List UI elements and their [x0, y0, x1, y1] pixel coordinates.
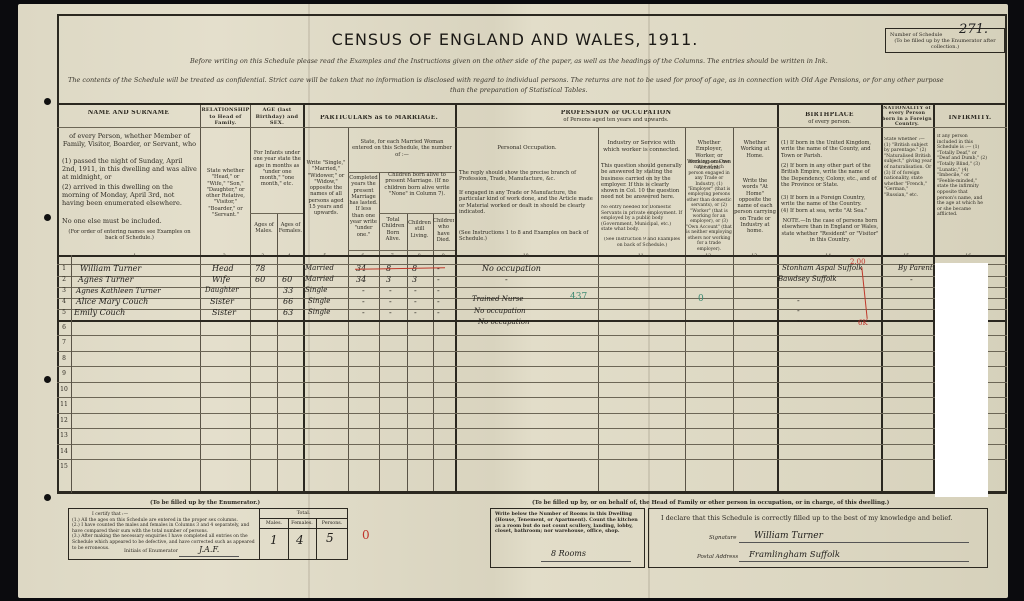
row-4-name: Alice Mary Couch	[76, 297, 148, 306]
enumerator-box: I certify that :— (1.) All the ages on t…	[68, 508, 348, 560]
row-3-age-female: 33	[283, 286, 293, 295]
total-females: 4	[296, 533, 304, 547]
header-name-desc-2: (1) passed the night of Sunday, April 2n…	[62, 157, 197, 181]
schedule-number: 271.	[959, 27, 988, 33]
header-occupation: PROFESSION or OCCUPATION	[456, 110, 776, 117]
row-number: 13	[58, 432, 70, 439]
colnum-16: 16.	[933, 254, 1005, 259]
header-marriage-children: Children born alive to present Marriage.…	[380, 172, 454, 197]
colnum-12: 12.	[685, 254, 733, 259]
row-3-years: -	[362, 286, 365, 295]
totals-divider	[260, 518, 347, 519]
row-line	[57, 366, 1007, 367]
colnum-13: 13.	[733, 254, 777, 259]
row-2-total-children: 3	[386, 275, 391, 284]
row-2-nationality: -	[910, 275, 913, 284]
col-divider	[777, 105, 779, 493]
rownum-divider	[71, 255, 72, 493]
colnum-4: 4.	[277, 254, 303, 259]
instruction-line-1: Before writing on this Schedule please r…	[190, 57, 828, 65]
instruction-line-3: than the preparation of Statistical Tabl…	[450, 86, 588, 94]
colnum-6: 6.	[348, 254, 379, 259]
row-3-name: Agnes Kathleen Turner	[76, 286, 161, 295]
row-5-condition: Single	[308, 308, 330, 316]
row-4-occupation: No occupation	[474, 307, 526, 315]
header-employer-desc: Write opposite the name of each person e…	[686, 160, 732, 252]
row-1-died-children: -	[437, 264, 440, 273]
row-number: 5	[58, 309, 70, 316]
initials-underline	[179, 556, 239, 557]
rooms-box: Write below the Number of Rooms in this …	[490, 508, 645, 568]
punch-hole	[44, 376, 51, 383]
header-marriage-state: State, for each Married Woman entered on…	[350, 139, 454, 158]
colnum-1: 1.	[71, 254, 200, 259]
row-2-died-children: -	[437, 275, 440, 284]
row-5-occupation: No occupation	[478, 318, 530, 326]
row-1-relationship: Head	[212, 264, 234, 273]
row-number: 9	[58, 370, 70, 377]
col-divider	[455, 105, 457, 493]
row-line	[57, 444, 1007, 445]
header-industry: Industry or Service with which worker is…	[600, 140, 683, 153]
header-birthplace-desc-4: (4) If born at sea, write "At Sea."	[781, 208, 879, 214]
row-number: 7	[58, 339, 70, 346]
row-1-condition: Married	[305, 264, 334, 272]
rooms-instructions: Write below the Number of Rooms in this …	[495, 512, 640, 535]
totals-box: Total. Males. Females. Persons. 1 4 5	[259, 509, 347, 559]
signature: William Turner	[754, 531, 823, 541]
row-1-occupation: No occupation	[482, 264, 541, 273]
colnum-11: 11.	[598, 254, 685, 259]
header-marriage-condition: Write "Single," "Married," "Widower," or…	[305, 160, 347, 217]
row-4-died-children: -	[437, 297, 440, 306]
row-number: 10	[58, 386, 70, 393]
row-1-name: William Turner	[80, 264, 141, 273]
declaration-text: I declare that this Schedule is correctl…	[661, 514, 952, 522]
row-3-total-children: -	[389, 286, 392, 295]
birthplace-code-top: 2.00	[850, 258, 866, 266]
header-birthplace-desc-1: (1) If born in the United Kingdom, write…	[781, 140, 879, 159]
header-marriage-died: Children who have Died.	[433, 218, 454, 243]
row-5-age-female: 63	[283, 308, 293, 317]
colnum-2: 2.	[200, 254, 250, 259]
enumerator-section-label: (To be filled up by the Enumerator.)	[150, 500, 260, 506]
header-name: NAME AND SURNAME	[57, 110, 200, 117]
row-3-birthplace: -	[797, 296, 800, 305]
header-divider	[379, 213, 455, 214]
row-5-relationship: Sister	[212, 308, 236, 317]
header-divider	[348, 250, 455, 251]
header-birthplace-desc-3: (3) If born in a Foreign Country, write …	[781, 195, 879, 208]
red-zero-mark: 0	[362, 528, 370, 542]
header-occupation-subtitle: of Persons aged ten years and upwards.	[456, 117, 776, 123]
header-birthplace: BIRTHPLACE	[778, 112, 881, 119]
row-number: 3	[58, 287, 70, 294]
header-name-desc-5: (For order of entering names see Example…	[62, 229, 197, 242]
row-line	[57, 413, 1007, 414]
rooms-count: 8 Rooms	[551, 551, 586, 557]
postal-address: Framlingham Suffolk	[749, 550, 840, 560]
header-birthplace-desc-2: (2) If born in any other part of the Bri…	[781, 163, 879, 188]
row-4-years: -	[362, 297, 365, 306]
occupier-section-label: (To be filled up by, or on behalf of, th…	[532, 500, 889, 506]
row-1-age-male: 78	[255, 264, 265, 273]
row-2-age-female: 60	[282, 275, 292, 284]
punch-hole	[44, 98, 51, 105]
row-2-occupation: -	[505, 275, 508, 284]
row-4-condition: Single	[308, 297, 330, 305]
colnum-3: 3.	[250, 254, 277, 259]
row-2-relationship: Wife	[212, 275, 230, 284]
colnum-10: 10.	[455, 254, 598, 259]
row-line	[57, 276, 1007, 277]
header-infirmity-desc: If any person included in this Schedule …	[937, 134, 987, 218]
header-name-desc-4: No one else must be included.	[62, 217, 197, 225]
row-2-condition: Married	[305, 275, 334, 283]
birthplace-code-bottom: 6K	[858, 319, 868, 327]
colnum-15: 15.	[881, 254, 933, 259]
row-4-total-children: -	[389, 297, 392, 306]
header-marriage-total: Total Children Born Alive.	[380, 217, 406, 242]
row-1-nationality: By Parent	[898, 264, 933, 272]
row-2-years: 34	[356, 275, 366, 284]
schedule-number-box: Number of Schedule (To be filled up by t…	[885, 28, 1005, 53]
header-nationality: NATIONALITY of every Person born in a Fo…	[882, 106, 932, 128]
instruction-line-2: The contents of the Schedule will be tre…	[68, 76, 944, 84]
address-underline	[739, 561, 969, 562]
header-age-females: Ages of Females.	[278, 222, 303, 235]
total-persons: 5	[326, 531, 334, 545]
row-number: 4	[58, 298, 70, 305]
row-5-name: Emily Couch	[74, 308, 125, 317]
row-4-birthplace: -	[797, 306, 800, 315]
header-divider	[57, 127, 303, 128]
row-2-name: Agnes Turner	[78, 275, 133, 284]
header-industry-desc-1: This question should generally be answer…	[601, 163, 683, 201]
males-label: Males.	[260, 521, 288, 526]
row-5-total-children: -	[389, 308, 392, 317]
enumerator-certification: I certify that :— (1.) All the ages on t…	[72, 512, 257, 551]
schedule-number-note: (To be filled up by the Enumerator after…	[890, 38, 1000, 50]
header-marriage-years: Completed years the present Marriage has…	[349, 175, 378, 238]
header-industry-desc-2: No entry needed for Domestic Servants in…	[601, 205, 683, 233]
punch-hole	[44, 494, 51, 501]
rooms-underline	[541, 561, 631, 562]
row-number: 11	[58, 401, 70, 408]
row-3-occupation: Trained Nurse	[472, 295, 524, 303]
header-name-desc-3: (2) arrived in this dwelling on the morn…	[62, 183, 197, 207]
row-5-living-children: -	[414, 308, 417, 317]
row-4-age-female: 66	[283, 297, 293, 306]
header-marriage-living: Children still Living.	[407, 220, 432, 239]
header-industry-desc-3: (See Instruction 9 and Examples on back …	[601, 237, 683, 248]
punch-hole	[44, 214, 51, 221]
row-2-birthplace: Bawdsey Suffolk	[778, 275, 837, 283]
header-personal-occupation: Personal Occupation.	[456, 145, 598, 152]
colnum-7: 7.	[379, 254, 407, 259]
initials-label: Initials of Enumerator	[124, 549, 178, 554]
row-number: 2	[58, 276, 70, 283]
header-personal-desc-2: If engaged in any Trade or Manufacture, …	[459, 190, 596, 215]
header-personal-desc-3: (See Instructions 1 to 8 and Examples on…	[459, 230, 596, 243]
signature-label: Signature	[709, 535, 737, 541]
row-5-years: -	[362, 308, 365, 317]
row-number: 15	[58, 463, 70, 470]
header-birthplace-note: NOTE.—In the case of persons born elsewh…	[781, 218, 879, 243]
col-divider	[200, 105, 201, 493]
colnum-9: 9.	[433, 254, 455, 259]
persons-label: Persons.	[316, 521, 348, 526]
row-line	[57, 382, 1007, 383]
row-2-age-male: 60	[255, 275, 265, 284]
declaration-box: I declare that this Schedule is correctl…	[648, 508, 988, 568]
row-3-living-children: -	[414, 286, 417, 295]
header-relationship-desc: State whether "Head," or "Wife," "Son," …	[202, 168, 249, 218]
row-5-died-children: -	[437, 308, 440, 317]
row-line	[57, 459, 1007, 460]
grid-bottom	[57, 491, 1007, 493]
postal-address-label: Postal Address	[697, 554, 738, 560]
header-nationality-desc: State whether :— (1) "British subject by…	[884, 137, 932, 199]
row-3-died-children: -	[437, 286, 440, 295]
industry-code: 437	[570, 292, 587, 302]
employer-code: 0	[698, 294, 704, 304]
header-personal-desc-1: The reply should show the precise branch…	[459, 170, 596, 183]
header-infirmity: INFIRMITY.	[935, 115, 1005, 122]
colnum-8: 8.	[407, 254, 433, 259]
header-age: AGE (last Birthday) and SEX.	[251, 107, 303, 127]
col-divider	[598, 127, 599, 493]
form-title: CENSUS OF ENGLAND AND WALES, 1911.	[300, 30, 730, 49]
row-line	[57, 309, 1007, 310]
row-2-living-children: 3	[412, 275, 417, 284]
header-age-males: Ages of Males.	[251, 222, 277, 235]
header-birthplace-subtitle: of every person.	[778, 119, 881, 125]
col-divider	[250, 105, 251, 493]
total-label: Total.	[260, 511, 347, 516]
row-4-living-children: -	[414, 297, 417, 306]
header-marriage: PARTICULARS as to MARRIAGE.	[304, 115, 454, 122]
row-number: 12	[58, 417, 70, 424]
row-line	[57, 397, 1007, 398]
row-number: 8	[58, 355, 70, 362]
row-line	[57, 335, 1007, 336]
row-line	[57, 428, 1007, 429]
header-age-desc: For Infants under one year state the age…	[252, 150, 302, 188]
row-3-relationship: Daughter	[205, 286, 239, 294]
row-number: 6	[58, 324, 70, 331]
colnum-5: 5.	[303, 254, 348, 259]
signature-underline	[739, 542, 969, 543]
header-relationship: RELATIONSHIP to Head of Family.	[201, 107, 250, 127]
enumerator-item-2: (2.) I have counted the males and female…	[72, 523, 257, 534]
total-males: 1	[270, 533, 278, 547]
header-home: Whether Working at Home.	[734, 140, 776, 159]
col-divider	[881, 105, 883, 493]
header-divider	[250, 213, 303, 214]
enumerator-initials: J.A.F.	[199, 545, 219, 554]
header-name-desc-1: of every Person, whether Member of Famil…	[62, 132, 197, 148]
row-5-birthplace: -	[797, 316, 800, 325]
row-3-condition: Single	[305, 286, 327, 294]
females-label: Females.	[288, 521, 316, 526]
row-4-relationship: Sister	[210, 297, 234, 306]
totals-divider	[260, 528, 347, 529]
row-number: 14	[58, 448, 70, 455]
row-line	[57, 351, 1007, 352]
redacted-infirmity-column	[935, 263, 988, 497]
row-number: 1	[58, 265, 70, 272]
header-home-desc: Write the words "At Home" opposite the n…	[734, 178, 776, 235]
